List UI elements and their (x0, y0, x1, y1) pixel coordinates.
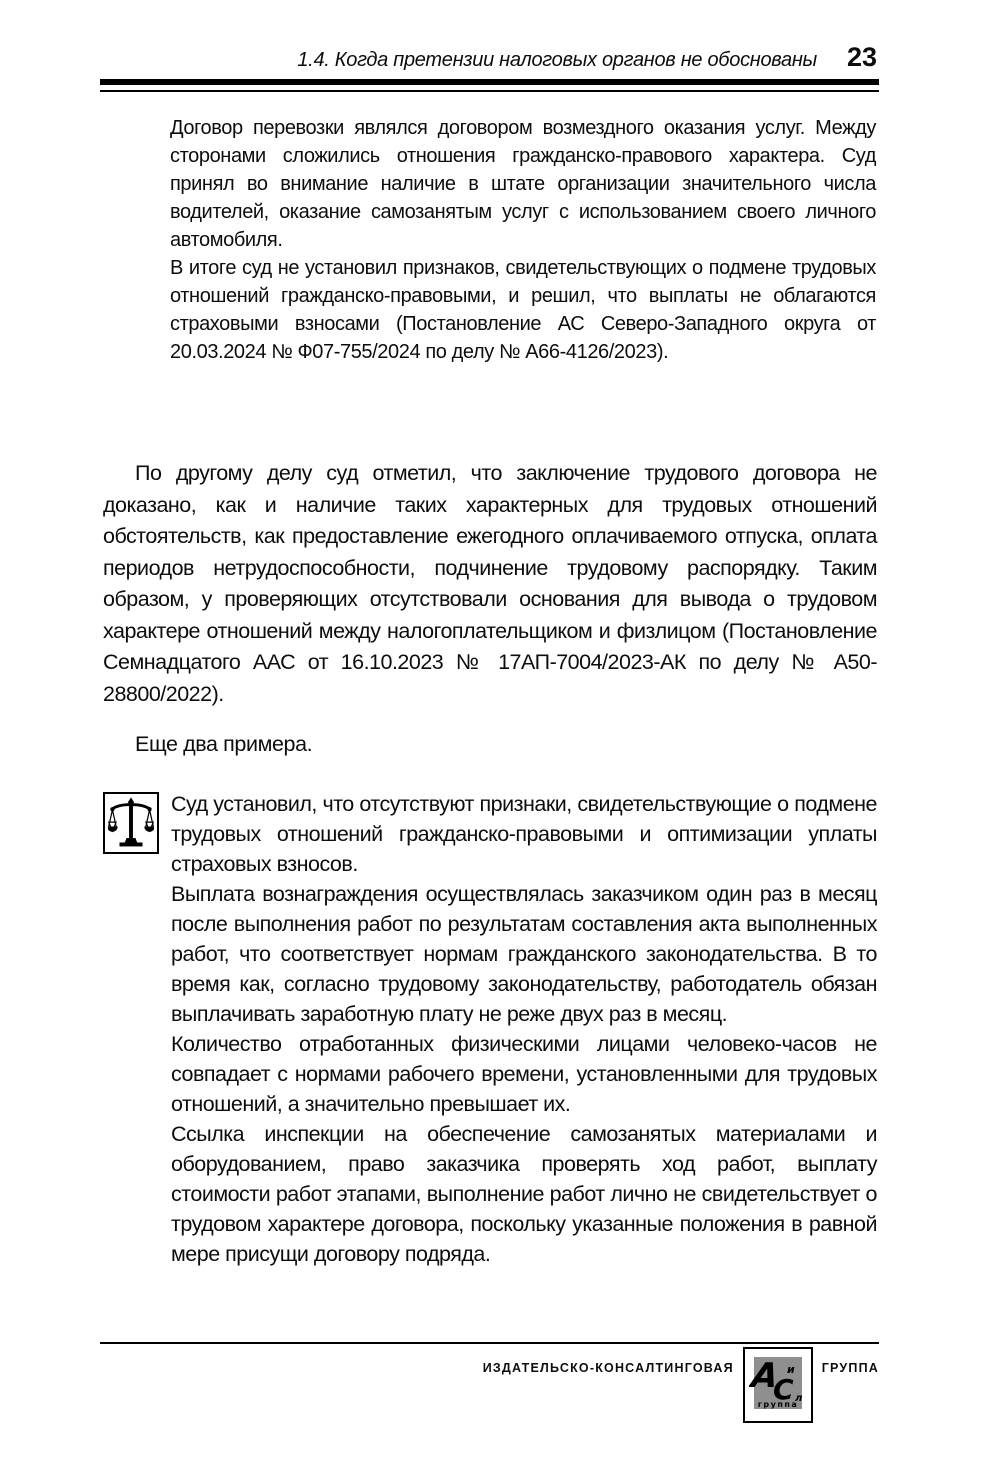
publisher-footer: ИЗДАТЕЛЬСКО-КОНСАЛТИНГОВАЯ А и С л групп… (100, 1342, 879, 1423)
quote-paragraph: Договор перевозки являлся договором возм… (170, 114, 876, 254)
body-paragraph: По другому делу суд отметил, что заключе… (103, 458, 877, 710)
footer-row: ИЗДАТЕЛЬСКО-КОНСАЛТИНГОВАЯ А и С л групп… (100, 1347, 879, 1423)
publisher-text-left: ИЗДАТЕЛЬСКО-КОНСАЛТИНГОВАЯ (483, 1361, 734, 1375)
logo-caption: группа (757, 1400, 798, 1409)
example-paragraph: Ссылка инспекции на обеспечение самозаня… (171, 1119, 877, 1269)
example-text-block: Суд установил, что отсутствуют признаки,… (171, 789, 877, 1269)
case-quote-block: Договор перевозки являлся договором возм… (170, 114, 876, 366)
example-section: Суд установил, что отсутствуют признаки,… (103, 789, 877, 1269)
footer-divider (100, 1342, 879, 1344)
book-page: 1.4. Когда претензии налоговых органов н… (0, 0, 1000, 1472)
example-paragraph: Выплата вознаграждения осуществлялась за… (171, 879, 877, 1029)
running-head: 1.4. Когда претензии налоговых органов н… (103, 42, 877, 73)
example-paragraph: Суд установил, что отсутствуют признаки,… (171, 789, 877, 879)
section-title: 1.4. Когда претензии налоговых органов н… (297, 49, 817, 72)
scales-of-justice-icon (103, 792, 159, 854)
example-paragraph: Количество отработанных физическими лица… (171, 1029, 877, 1119)
divider-thin-line (100, 90, 879, 92)
example-intro: Еще два примера. (103, 732, 877, 757)
page-number: 23 (847, 42, 877, 73)
publisher-text-right: ГРУППА (822, 1361, 879, 1375)
header-divider (100, 79, 879, 92)
publisher-logo: А и С л группа (743, 1347, 813, 1423)
quote-paragraph: В итоге суд не установил признаков, свид… (170, 254, 876, 366)
divider-thick-line (100, 79, 879, 85)
